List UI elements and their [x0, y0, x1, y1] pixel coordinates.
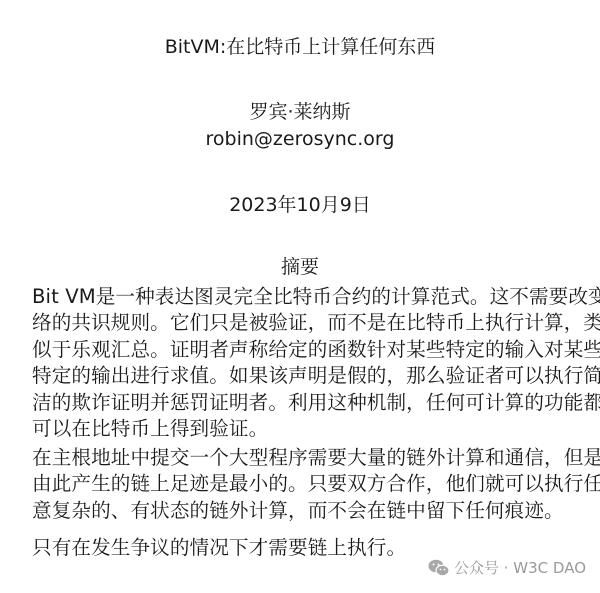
text-line: 意复杂的、有状态的链外计算，而不会在链中留下任何痕迹。 — [32, 498, 580, 524]
abstract-heading: 摘要 — [0, 252, 600, 279]
text-line: 由此产生的链上足迹是最小的。只要双方合作，他们就可以执行任 — [32, 471, 580, 497]
text-line: 络的共识规则。它们只是被验证，而不是在比特币上执行计算，类 — [32, 310, 580, 336]
abstract-paragraph-1: Bit VM是一种表达图灵完全比特币合约的计算范式。这不需要改变网 络的共识规则… — [32, 284, 580, 442]
text-line: 似于乐观汇总。证明者声称给定的函数针对某些特定的输入对某些 — [32, 337, 580, 363]
text-line: 可以在比特币上得到验证。 — [32, 416, 580, 442]
author-name: 罗宾·莱纳斯 — [0, 97, 600, 124]
author-email: robin@zerosync.org — [0, 128, 600, 150]
publication-date: 2023年10月9日 — [0, 190, 600, 217]
text-line: 洁的欺诈证明并惩罚证明者。利用这种机制，任何可计算的功能都 — [32, 390, 580, 416]
text-line: 在主根地址中提交一个大型程序需要大量的链外计算和通信，但是 — [32, 445, 580, 471]
paper-title: BitVM:在比特币上计算任何东西 — [0, 32, 600, 59]
text-line: Bit VM是一种表达图灵完全比特币合约的计算范式。这不需要改变网 — [32, 284, 580, 310]
abstract-paragraph-2: 在主根地址中提交一个大型程序需要大量的链外计算和通信，但是 由此产生的链上足迹是… — [32, 445, 580, 524]
text-line: 特定的输出进行求值。如果该声明是假的，那么验证者可以执行简 — [32, 363, 580, 389]
watermark-text: 公众号 · W3C DAO — [454, 557, 586, 578]
watermark: 公众号 · W3C DAO — [428, 557, 586, 578]
wechat-icon — [428, 559, 450, 577]
